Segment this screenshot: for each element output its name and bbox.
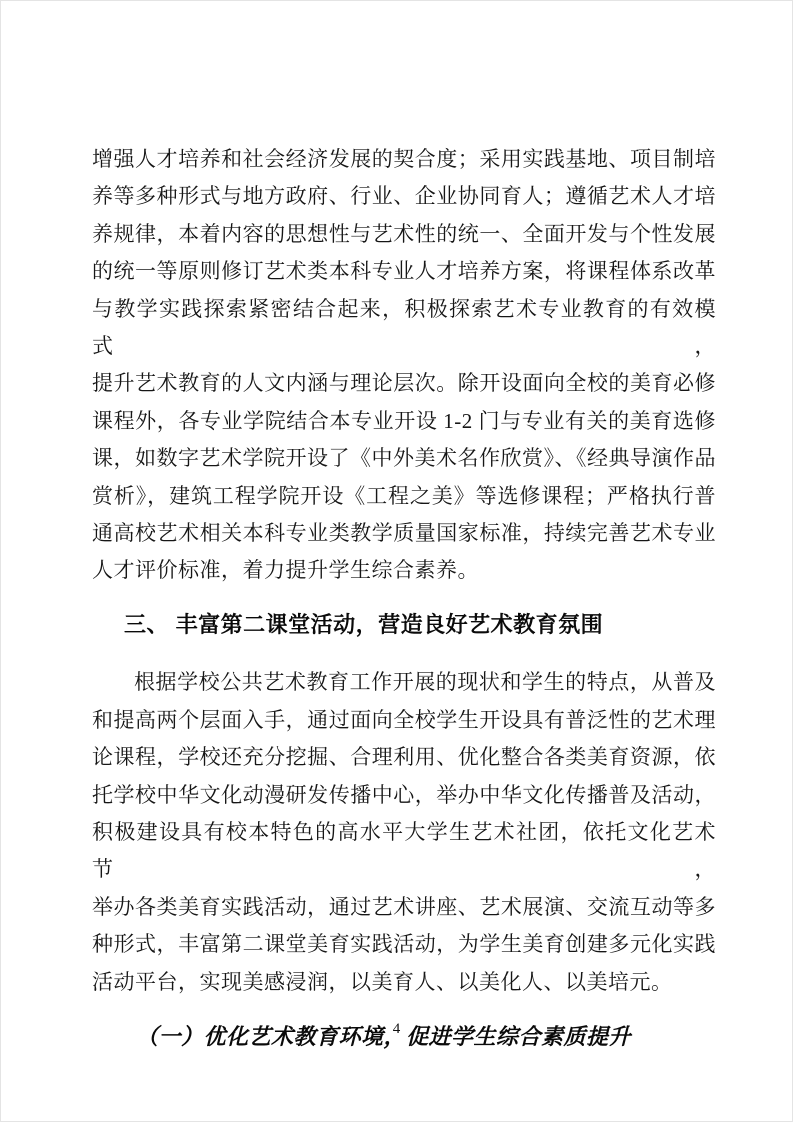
body-line: 的统一等原则修订艺术类本科专业人才培养方案，将课程体系改革 (92, 253, 716, 290)
body-line: 提升艺术教育的人文内涵与理论层次。除开设面向全校的美育必修 (92, 365, 716, 402)
body-line: 举办各类美育实践活动，通过艺术讲座、艺术展演、交流互动等多 (92, 889, 716, 926)
page-content: 增强人才培养和社会经济发展的契合度；采用实践基地、项目制培 养等多种形式与地方政… (92, 141, 716, 1055)
body-line: 增强人才培养和社会经济发展的契合度；采用实践基地、项目制培 (92, 141, 716, 178)
body-line: 与教学实践探索紧密结合起来，积极探索艺术专业教育的有效模式， (92, 291, 716, 366)
body-line: 根据学校公共艺术教育工作开展的现状和学生的特点，从普及 (92, 664, 716, 701)
paragraph: 根据学校公共艺术教育工作开展的现状和学生的特点，从普及 和提高两个层面入手，通过… (92, 664, 716, 1001)
body-line: 通高校艺术相关本科专业类教学质量国家标准，持续完善艺术专业 (92, 515, 716, 552)
body-line: 活动平台，实现美感浸润，以美育人、以美化人、以美培元。 (92, 964, 716, 1001)
body-line: 积极建设具有校本特色的高水平大学生艺术社团，依托文化艺术节， (92, 814, 716, 889)
body-line: 托学校中华文化动漫研发传播中心，举办中华文化传播普及活动， (92, 777, 716, 814)
body-line: 养规律，本着内容的思想性与艺术性的统一、全面开发与个性发展 (92, 216, 716, 253)
paragraph-continuation: 增强人才培养和社会经济发展的契合度；采用实践基地、项目制培 养等多种形式与地方政… (92, 141, 716, 590)
body-line: 人才评价标准，着力提升学生综合素养。 (92, 552, 716, 589)
body-line: 论课程，学校还充分挖掘、合理利用、优化整合各类美育资源，依 (92, 739, 716, 776)
body-line: 养等多种形式与地方政府、行业、企业协同育人；遵循艺术人才培 (92, 178, 716, 215)
page-number: 4 (1, 1021, 792, 1038)
document-page: 增强人才培养和社会经济发展的契合度；采用实践基地、项目制培 养等多种形式与地方政… (0, 0, 793, 1122)
body-line: 赏析》，建筑工程学院开设《工程之美》等选修课程；严格执行普 (92, 478, 716, 515)
body-line: 和提高两个层面入手，通过面向全校学生开设具有普泛性的艺术理 (92, 702, 716, 739)
section-heading: 三、 丰富第二课堂活动，营造良好艺术教育氛围 (92, 606, 716, 643)
body-line: 课，如数字艺术学院开设了《中外美术名作欣赏》、《经典导演作品 (92, 440, 716, 477)
body-line: 课程外，各专业学院结合本专业开设 1-2 门与专业有关的美育选修 (92, 403, 716, 440)
body-line: 种形式，丰富第二课堂美育实践活动，为学生美育创建多元化实践 (92, 926, 716, 963)
